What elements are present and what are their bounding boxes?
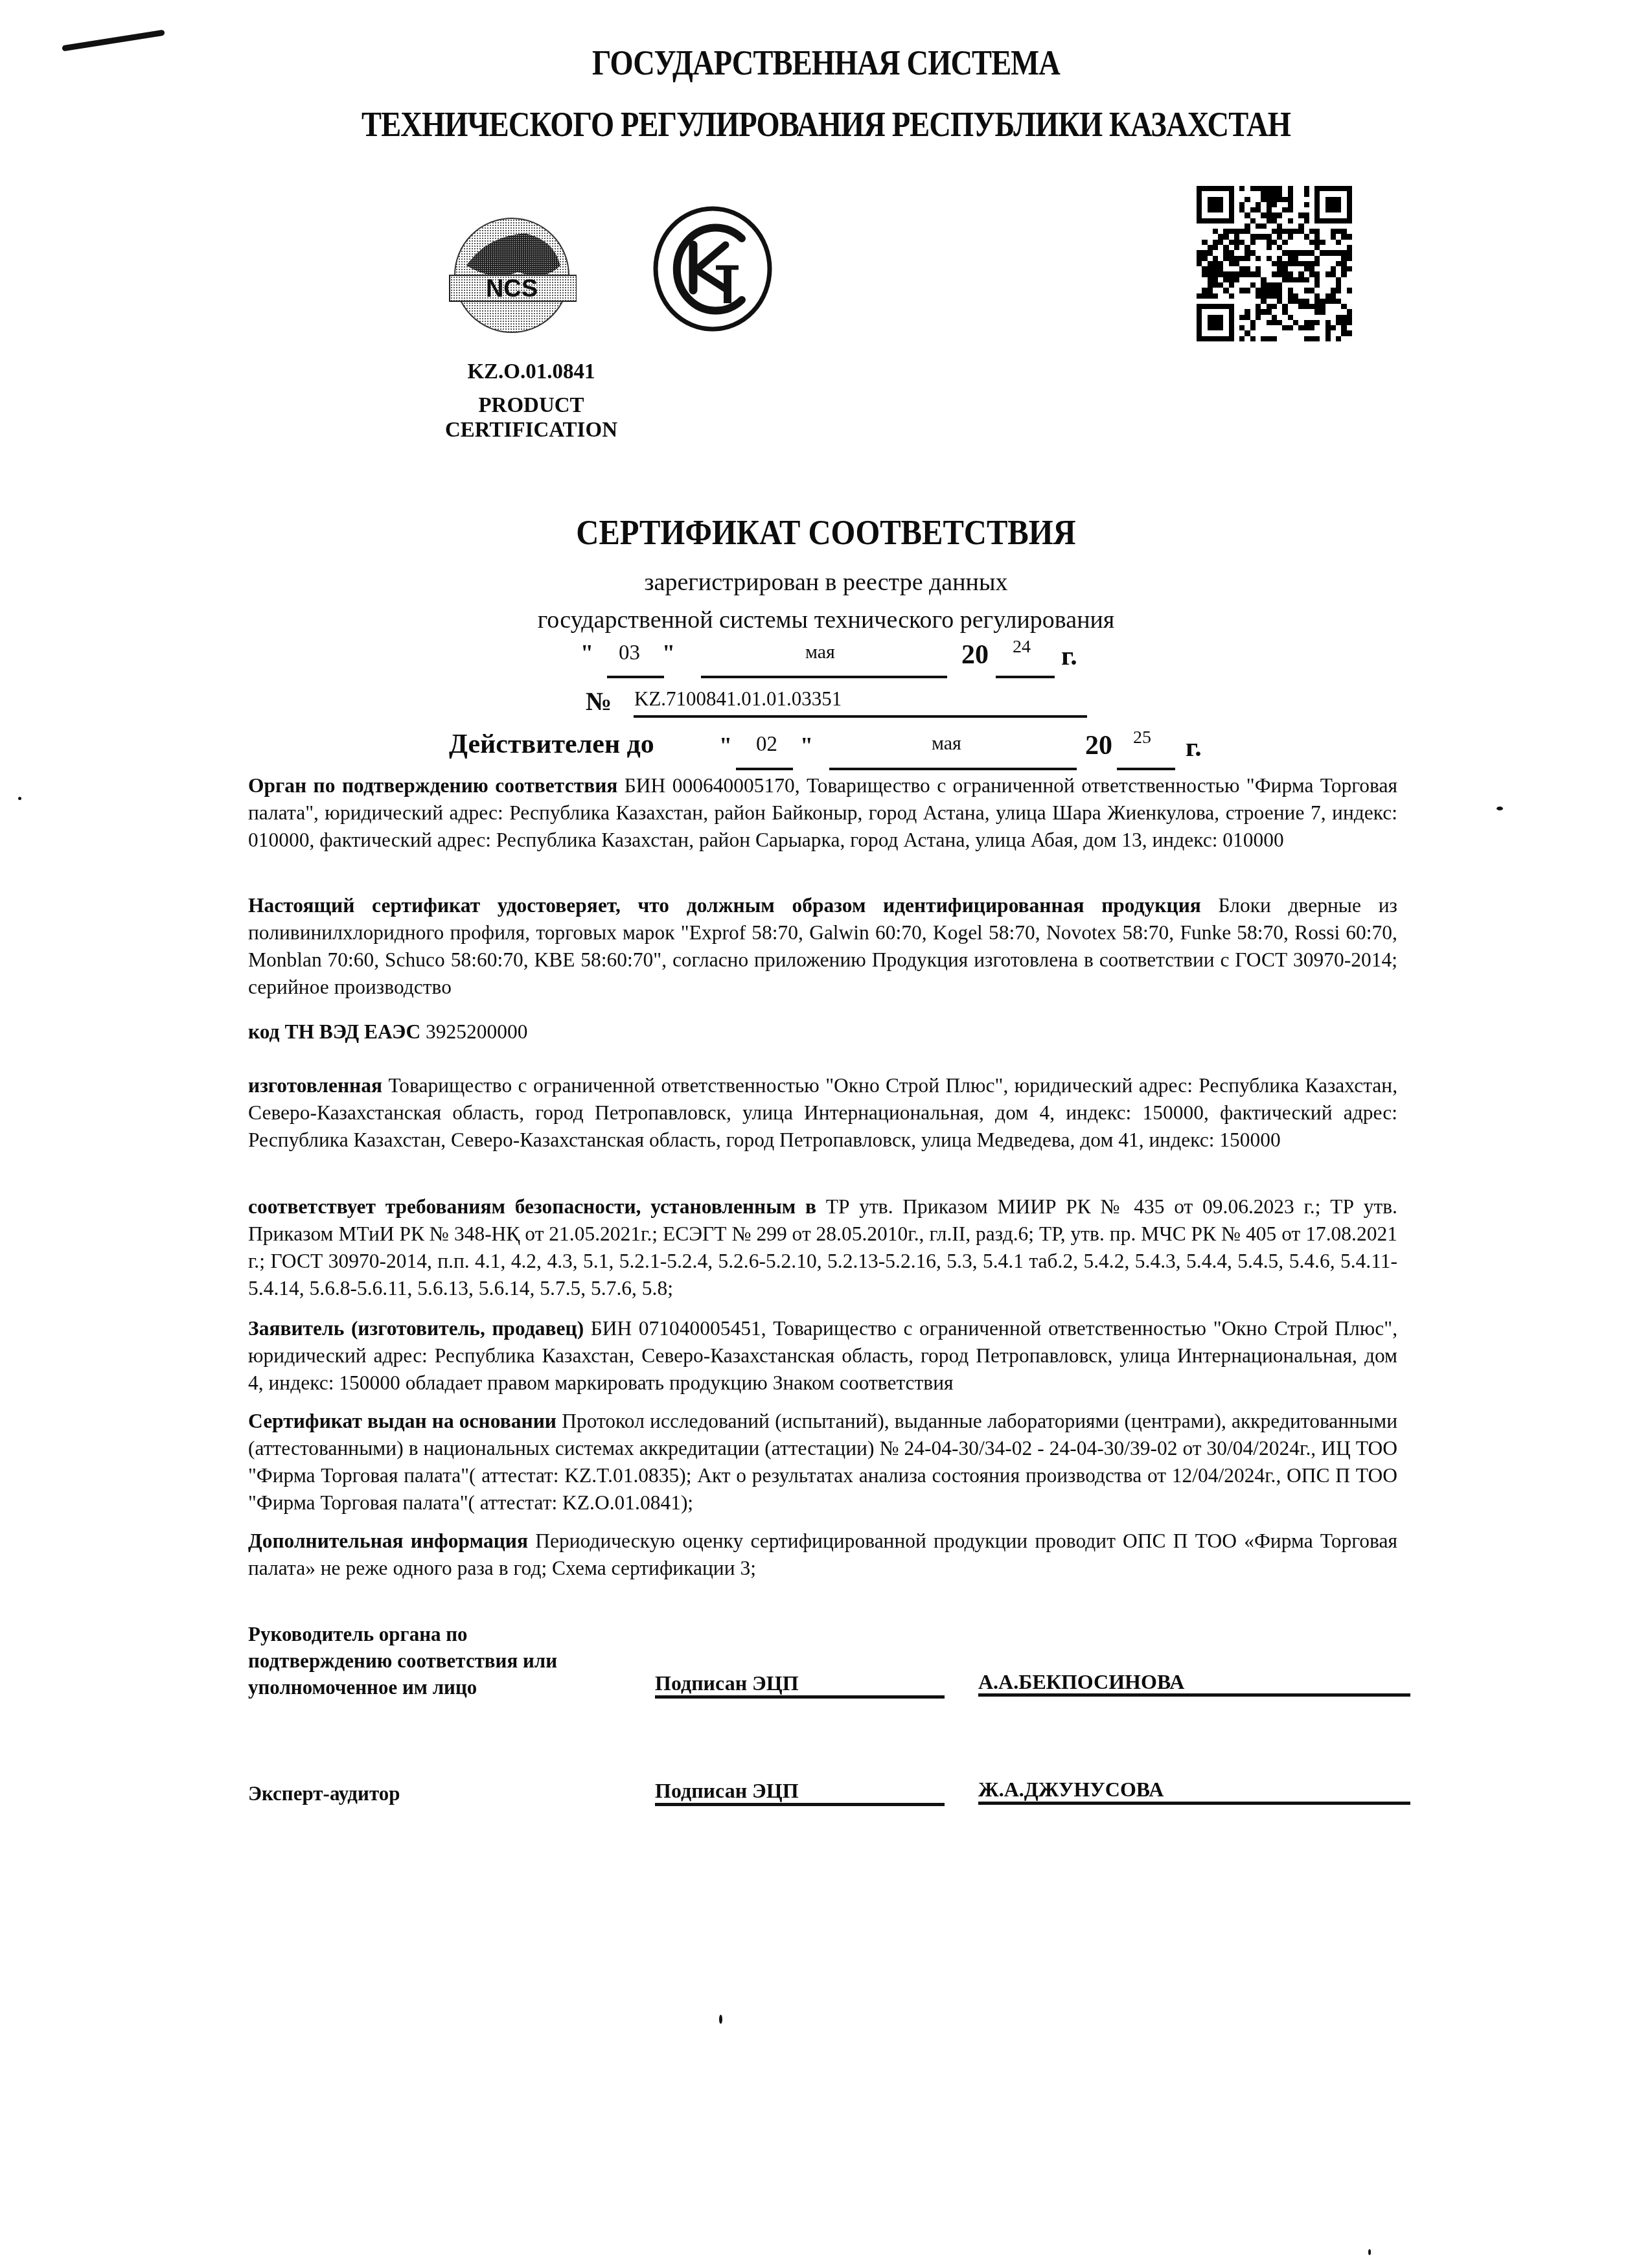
section-label: код ТН ВЭД ЕАЭС [248,1020,420,1043]
signature-role: Эксперт-аудитор [248,1780,400,1807]
valid-until-day-underline [736,768,793,770]
registration-year: 24 [1013,638,1031,656]
certificate-subtitle-2: государственной системы технического рег… [0,608,1652,632]
kc-conformity-mark-icon [651,206,774,332]
section-additional-info: Дополнительная информация Периодическую … [248,1528,1397,1582]
valid-until-day-quote-close: " [800,734,813,757]
valid-until-year: 25 [1133,729,1151,747]
scan-speck [719,2015,722,2024]
valid-until-day-quote-open: " [719,734,732,757]
section-product: Настоящий сертификат удостоверяет, что д… [248,892,1397,1001]
signature-role-line: подтверждению соответствия или [248,1647,557,1674]
section-text: 3925200000 [426,1020,528,1043]
registration-year-suffix: г. [1061,643,1077,670]
signature-role-line: Руководитель органа по [248,1621,557,1647]
section-issued-basis: Сертификат выдан на основании Протокол и… [248,1408,1397,1517]
section-label: Орган по подтверждению соответствия [248,774,617,797]
accreditation-label-line-1: PRODUCT [415,393,648,418]
signatory-name-underline [978,1802,1410,1805]
signature-status-underline [655,1803,945,1806]
accreditation-code: KZ.O.01.0841 [415,360,648,384]
registration-day: 03 [619,643,640,664]
section-label: Заявитель (изготовитель, продавец) [248,1317,584,1340]
signatory-name: А.А.БЕКПОСИНОВА [978,1671,1184,1692]
scan-speck [1368,2249,1371,2255]
section-safety-requirements: соответствует требованиям безопасности, … [248,1193,1397,1302]
certificate-subtitle-1: зарегистрирован в реестре данных [0,570,1652,595]
ncs-globe-logo-icon: NCS [441,204,577,340]
registration-day-quote-open: " [580,641,593,665]
certificate-number: KZ.7100841.01.01.03351 [634,689,842,709]
section-hs-code: код ТН ВЭД ЕАЭС 3925200000 [248,1018,1397,1046]
valid-until-year-underline [1117,768,1175,770]
certificate-title: СЕРТИФИКАТ СООТВЕТСТВИЯ [83,515,1570,550]
section-certification-body: Орган по подтверждению соответствия БИН … [248,772,1397,854]
header-line-2: ТЕХНИЧЕСКОГО РЕГУЛИРОВАНИЯ РЕСПУБЛИКИ КА… [116,107,1537,142]
signatory-name-underline [978,1693,1410,1697]
valid-until-year-suffix: г. [1186,734,1202,761]
valid-until-century: 20 [1085,732,1112,759]
svg-text:NCS: NCS [486,275,538,303]
valid-until-day: 02 [756,734,777,755]
valid-until-month: мая [932,734,961,753]
valid-until-label: Действителен до [449,731,654,758]
qr-code-icon[interactable] [1197,186,1352,341]
registration-day-quote-close: " [662,641,675,665]
section-text: Товарищество с ограниченной ответственно… [248,1074,1397,1151]
signature-role-line: Эксперт-аудитор [248,1780,400,1807]
section-label: Сертификат выдан на основании [248,1410,556,1432]
certificate-number-underline [634,715,1087,718]
section-label: Настоящий сертификат удостоверяет, что д… [248,894,1201,917]
signatory-name: Ж.А.ДЖУНУСОВА [978,1779,1164,1800]
signature-status: Подписан ЭЦП [655,1673,799,1693]
certificate-number-label: № [586,689,612,715]
registration-month: мая [805,643,835,662]
section-label: Дополнительная информация [248,1529,528,1552]
signature-role-line: уполномоченное им лицо [248,1674,557,1701]
registration-month-underline [701,676,947,678]
signature-status-underline [655,1695,945,1699]
section-applicant: Заявитель (изготовитель, продавец) БИН 0… [248,1315,1397,1397]
registration-century: 20 [961,641,989,669]
header-line-1: ГОСУДАРСТВЕННАЯ СИСТЕМА [116,45,1537,80]
signature-role: Руководитель органа по подтверждению соо… [248,1621,557,1701]
accreditation-label-line-2: CERTIFICATION [415,418,648,442]
section-label: соответствует требованиям безопасности, … [248,1195,816,1218]
signature-status: Подписан ЭЦП [655,1780,799,1801]
section-label: изготовленная [248,1074,382,1097]
scan-speck [18,797,21,800]
scan-speck [1497,807,1503,810]
registration-day-underline [607,676,664,678]
registration-year-underline [996,676,1055,678]
section-manufacturer: изготовленная Товарищество с ограниченно… [248,1072,1397,1154]
valid-until-month-underline [829,768,1077,770]
accreditation-label: PRODUCT CERTIFICATION [415,393,648,442]
